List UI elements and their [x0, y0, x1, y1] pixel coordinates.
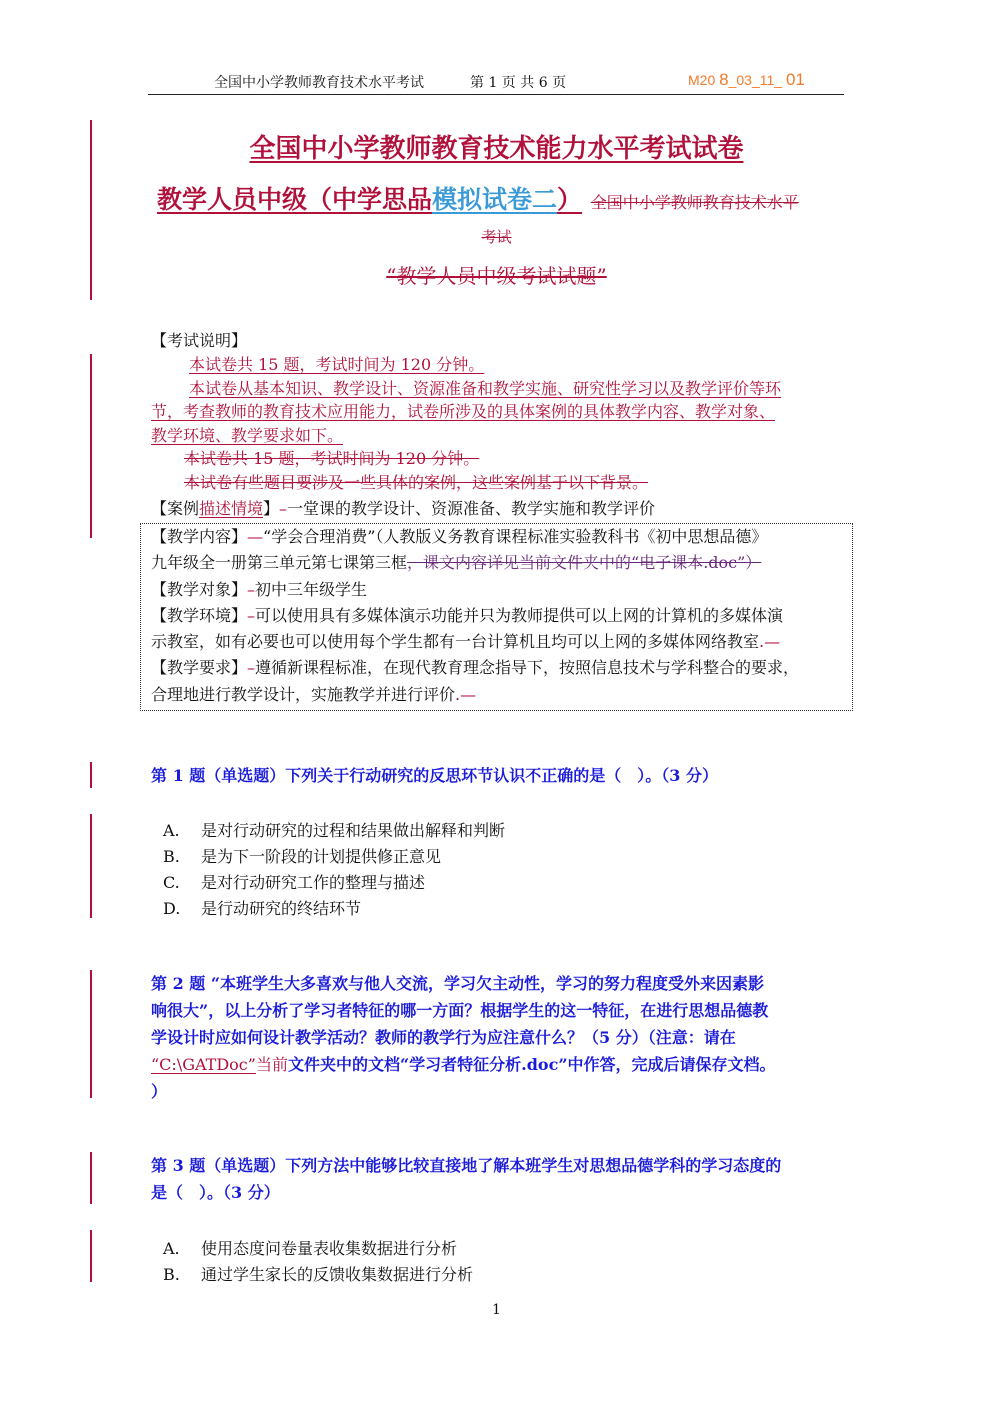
- deleted-text: ，课文内容详见当前文件夹中的“电子课本.doc”）: [407, 553, 761, 572]
- path-inserted: “C:\GATDoc”: [151, 1055, 256, 1074]
- change-bar: [90, 1152, 92, 1204]
- code-mid: _03_11_: [729, 72, 782, 88]
- header-exam-name: 全国中小学教师教育技术水平考试: [214, 72, 424, 92]
- header-doc-code: M20 8_03_11_ 01: [688, 70, 805, 90]
- code-part-a: 8: [719, 70, 728, 89]
- subtitle-close: ）: [557, 185, 582, 214]
- question-2: 第 2 题 “本班学生大多喜欢与他人交流，学习欠主动性，学习的努力程度受外来因素…: [151, 970, 851, 1105]
- subtitle-deleted: 全国中小学教师教育技术水平: [591, 193, 799, 212]
- case-label-inserted: 描述情境: [199, 499, 263, 518]
- code-part-b: 01: [786, 70, 805, 89]
- case-box: 【教学内容】—“学会合理消费”（人教版义务教育课程标准实验教科书《初中思想品德》…: [140, 523, 853, 711]
- subtitle-red: 教学人员中级（中学思品: [157, 185, 432, 214]
- header-page-info: 第 1 页 共 6 页: [470, 72, 566, 92]
- code-prefix: M20: [688, 72, 715, 88]
- change-bar: [90, 762, 92, 788]
- deleted-text: 考试: [0, 226, 993, 247]
- deleted-heading: “教学人员中级考试试题”: [0, 260, 993, 289]
- option-b[interactable]: B.是为下一阶段的计划提供修正意见: [163, 844, 505, 870]
- question-3-options: A.使用态度问卷量表收集数据进行分析 B.通过学生家长的反馈收集数据进行分析: [163, 1236, 473, 1288]
- question-3-title: 第 3 题（单选题）下列方法中能够比较直接地了解本班学生对思想品德学科的学习态度…: [151, 1152, 851, 1206]
- document-subtitle: 教学人员中级（中学思品模拟试卷二） 全国中小学教师教育技术水平: [157, 180, 799, 216]
- change-bar: [90, 970, 92, 1098]
- option-b[interactable]: B.通过学生家长的反馈收集数据进行分析: [163, 1262, 473, 1288]
- change-bar: [90, 1230, 92, 1282]
- option-d[interactable]: D.是行动研究的终结环节: [163, 896, 505, 922]
- option-a[interactable]: A.是对行动研究的过程和结果做出解释和判断: [163, 818, 505, 844]
- option-a[interactable]: A.使用态度问卷量表收集数据进行分析: [163, 1236, 473, 1262]
- change-bar: [90, 354, 92, 538]
- question-1-title: 第 1 题（单选题）下列关于行动研究的反思环节认识不正确的是（ ）。（3 分）: [151, 762, 718, 789]
- page-header: 全国中小学教师教育技术水平考试 第 1 页 共 6 页 M20 8_03_11_…: [148, 70, 844, 95]
- instructions-body: 本试卷共 15 题，考试时间为 120 分钟。 本试卷从基本知识、教学设计、资源…: [151, 353, 851, 494]
- case-description: 【案例描述情境】–一堂课的教学设计、资源准备、教学实施和教学评价: [151, 497, 655, 521]
- change-bar: [90, 814, 92, 918]
- subtitle-inserted: 模拟试卷二: [432, 185, 557, 214]
- option-c[interactable]: C.是对行动研究工作的整理与描述: [163, 870, 505, 896]
- question-1-options: A.是对行动研究的过程和结果做出解释和判断 B.是为下一阶段的计划提供修正意见 …: [163, 818, 505, 922]
- instructions-heading: 【考试说明】: [151, 329, 247, 353]
- page-number: 1: [0, 1302, 993, 1318]
- document-title: 全国中小学教师教育技术能力水平考试试卷: [0, 128, 993, 165]
